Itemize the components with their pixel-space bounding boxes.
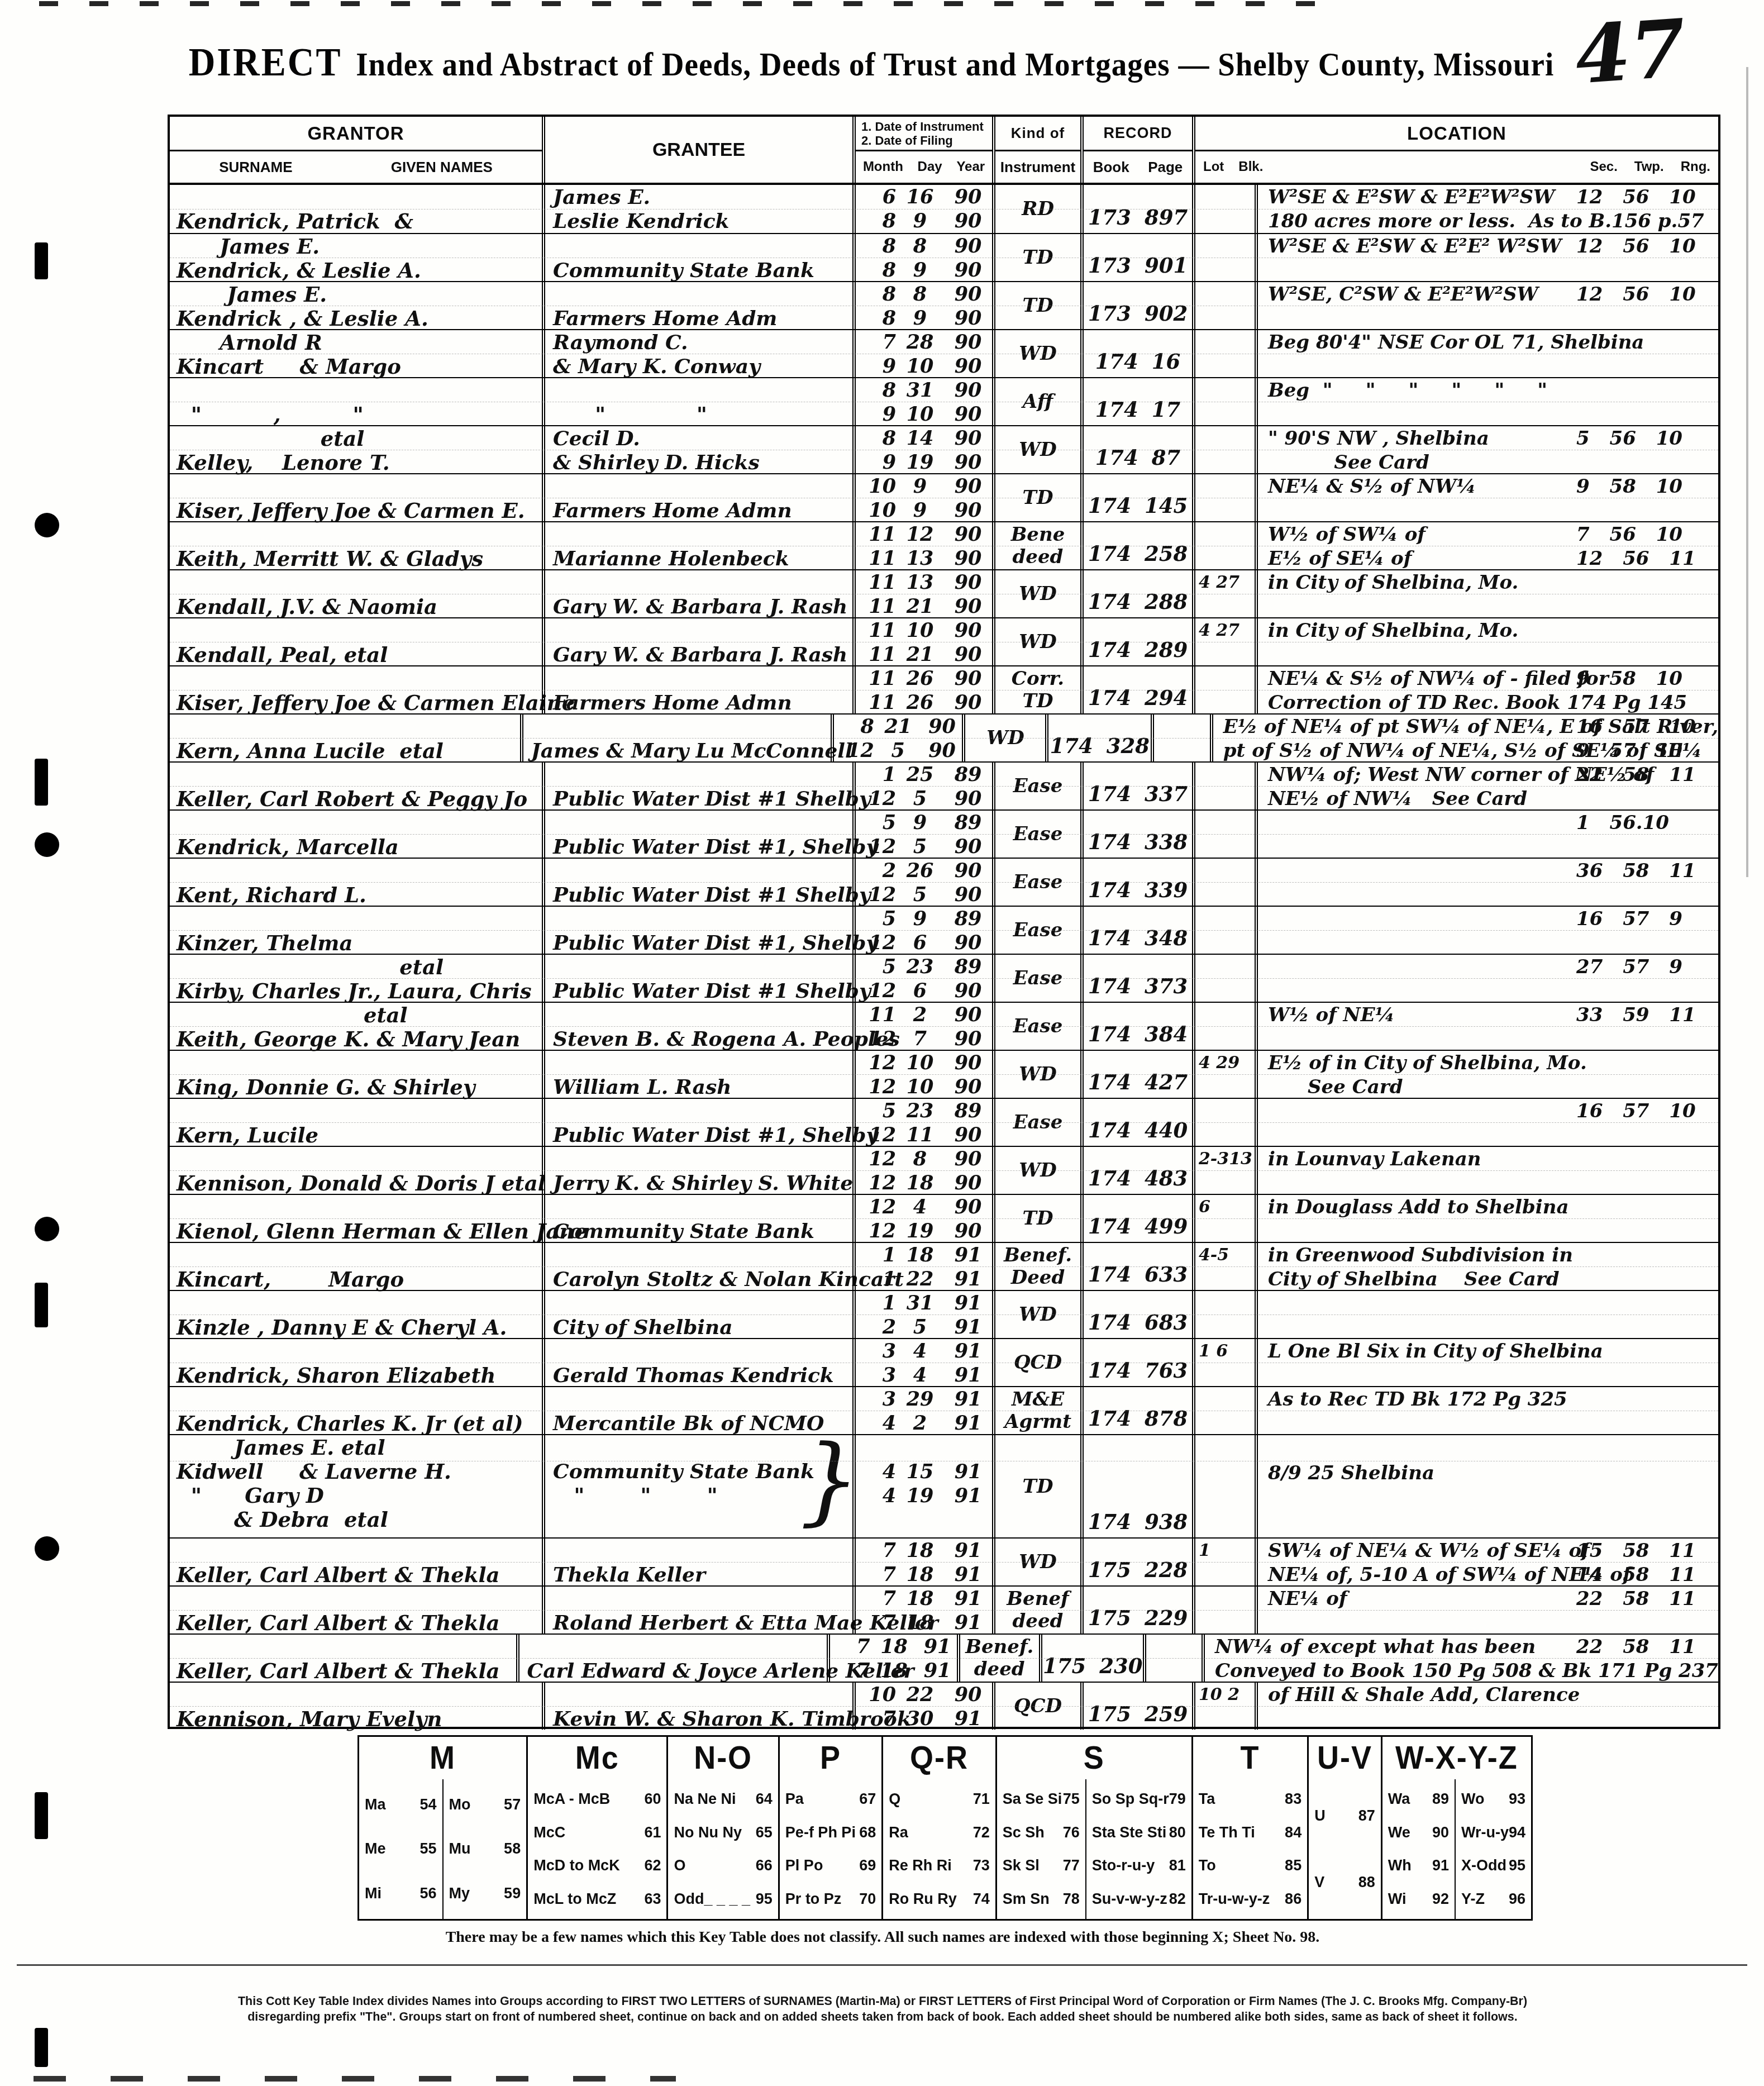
date-month: 12 (856, 1171, 896, 1194)
grantee-handwriting (545, 522, 852, 546)
grantor-handwriting: Keller, Carl Albert & Thekla (170, 1659, 516, 1683)
title-direct: DIRECT (189, 40, 342, 84)
date-month: 5 (856, 1099, 896, 1122)
key-entry-number: 95 (1509, 1857, 1525, 1874)
date-day: 6 (896, 931, 944, 954)
key-entry-number: 70 (859, 1890, 876, 1908)
date-line: 10990 (856, 474, 992, 498)
header-grantee: GRANTEE (542, 117, 852, 183)
key-entry-label: Ma (365, 1796, 386, 1813)
location-line: in Lounvay Lakenan (1258, 1147, 1718, 1171)
dates-cell: 616908990 (852, 185, 992, 233)
scanned-ledger-page: { "header": { "direct": "DIRECT", "rest"… (0, 0, 1764, 2086)
grantee-handwriting (519, 1635, 827, 1659)
record-cell: 173901 (1080, 234, 1192, 281)
key-entry-label: McC (533, 1824, 565, 1841)
key-entry-number: 81 (1169, 1857, 1186, 1874)
date-day: 5 (896, 787, 944, 810)
book-number: 174 (1088, 637, 1131, 662)
grantor-handwriting: Keller, Carl Robert & Peggy Jo (170, 787, 542, 811)
table-row: Keith, Merritt W. & GladysMarianne Holen… (170, 521, 1718, 569)
date-day: 19 (896, 1220, 944, 1242)
grantor-handwriting (170, 1243, 542, 1267)
date-year: 90 (944, 787, 992, 810)
book-number: 174 (1088, 1118, 1131, 1142)
key-entry-number: 68 (859, 1824, 876, 1841)
page-number-value: 683 (1145, 1310, 1188, 1335)
date-line: 12590 (856, 787, 992, 811)
grantor-handwriting: King, Donnie G. & Shirley (170, 1075, 542, 1099)
key-entry-label: Tr-u-w-y-z (1199, 1890, 1270, 1908)
date-year: 90 (944, 979, 992, 1002)
date-line: 12590 (856, 883, 992, 907)
grantor-handwriting: Arnold R (170, 330, 542, 354)
key-entry: Q71 (889, 1790, 989, 1808)
book-number: 174 (1088, 1406, 1131, 1431)
date-month: 11 (856, 691, 896, 714)
key-entry-number: 94 (1509, 1824, 1525, 1841)
location-line: Beg 80'4" NSE Cor OL 71, Shelbina (1258, 330, 1718, 354)
key-entry: Pl Po69 (785, 1857, 876, 1874)
date-month: 8 (834, 715, 874, 738)
lot-cell: 2-313 (1192, 1147, 1255, 1194)
key-column-header: T (1193, 1736, 1307, 1780)
key-entry-number: 54 (420, 1796, 437, 1813)
date-year: 91 (944, 1340, 992, 1363)
grantor-handwriting (170, 185, 542, 209)
key-column-n-o: N-ONa Ne Ni64No Nu Ny65O66Odd_ _ _ _95 (666, 1737, 778, 1919)
key-column-m: MMa54Me55Mi56Mo57Mu58My59 (359, 1737, 526, 1919)
grantee-handwriting: City of Shelbina (545, 1315, 852, 1339)
table-row: etalKelley, Lenore T.Cecil D.& Shirley D… (170, 425, 1718, 473)
date-year: 90 (944, 427, 992, 450)
dates-cell: 111390112190 (852, 570, 992, 617)
dates-cell: 8219012590 (831, 715, 962, 761)
lot-cell (1192, 474, 1255, 521)
key-entry-label: Q (889, 1790, 900, 1808)
record-cell: 174763 (1080, 1339, 1192, 1386)
grantor-handwriting (170, 1051, 542, 1075)
key-column-body: Wa89We90Wh91Wi92Wo93Wr-u-y94X-Odd95Y-Z96 (1382, 1779, 1531, 1919)
grantor-handwriting (170, 715, 520, 739)
date-line: 121890 (856, 1171, 992, 1195)
sec-twp-rng-value: 9 58 10 (1576, 666, 1716, 692)
grantor-cell: King, Donnie G. & Shirley (170, 1051, 542, 1098)
table-row: Kern, LucilePublic Water Dist #1, Shelby… (170, 1098, 1718, 1146)
grantee-cell: Roland Herbert & Etta Mae Keller (542, 1587, 852, 1633)
date-day: 19 (896, 451, 944, 474)
grantor-cell: Kern, Lucile (170, 1099, 542, 1146)
grantee-handwriting: Public Water Dist #1, Shelby (545, 931, 852, 955)
date-month: 7 (856, 1587, 896, 1610)
grantor-handwriting: Keith, George K. & Mary Jean (170, 1027, 542, 1051)
grantor-cell: Kendrick, Sharon Elizabeth (170, 1339, 542, 1386)
book-number: 174 (1088, 782, 1131, 806)
grantor-cell: Keller, Carl Robert & Peggy Jo (170, 763, 542, 809)
location-line: " 90'S NW , Shelbina5 56 10 (1258, 426, 1718, 450)
kind-cell: QCD (992, 1339, 1080, 1386)
grantee-handwriting: Steven B. & Rogena A. Peoples (545, 1027, 852, 1051)
key-column-q-r: Q-RQ71Ra72Re Rh Ri73Ro Ru Ry74 (881, 1737, 995, 1919)
grantee-handwriting (545, 1587, 852, 1611)
location-cell: NE¼ & S½ of NW¼9 58 10 (1255, 474, 1718, 521)
key-column-header: S (997, 1736, 1191, 1780)
date-day: 21 (896, 595, 944, 618)
key-entry-label: Sa Se Si (1003, 1790, 1062, 1808)
date-month: 9 (856, 451, 896, 474)
date-month: 7 (856, 1539, 896, 1562)
grantor-handwriting: Kennison, Donald & Doris J etal (170, 1171, 542, 1195)
location-text: See Card (1268, 451, 1429, 474)
page-number: 47 (1572, 2, 1689, 102)
date-month: 11 (856, 643, 896, 666)
sec-twp-rng-value: 33 59 11 (1576, 1003, 1716, 1028)
grantee-handwriting: & Shirley D. Hicks (545, 450, 852, 474)
date-day: 13 (896, 571, 944, 594)
date-day: 18 (896, 1171, 944, 1194)
lot-cell (1192, 378, 1255, 425)
location-line: See Card (1258, 1075, 1718, 1099)
location-line: 8/9 25 Shelbina (1258, 1461, 1718, 1485)
record-cell: 17487 (1080, 426, 1192, 473)
key-entry: We90 (1388, 1824, 1449, 1841)
key-entry: McD to McK62 (533, 1857, 661, 1874)
date-day: 31 (896, 1292, 944, 1315)
grantee-handwriting: Farmers Home Admn (545, 690, 852, 715)
page-number-value: 339 (1145, 878, 1188, 902)
date-line: 91090 (856, 354, 992, 378)
key-entry-label: My (449, 1885, 470, 1902)
grantee-cell: Carolyn Stoltz & Nolan Kincart (542, 1243, 852, 1290)
grantor-handwriting: Kiser, Jeffery Joe & Carmen E. (170, 498, 542, 522)
record-cell: 174878 (1080, 1387, 1192, 1434)
lot-cell (1151, 715, 1210, 761)
page-number-value: 87 (1152, 445, 1181, 470)
key-entry: Sa Se Si75 (1003, 1790, 1080, 1808)
grantor-handwriting (170, 522, 542, 546)
kind-handwriting: Aff (1023, 390, 1053, 413)
date-line: 3491 (856, 1339, 992, 1363)
page-number-value: 328 (1107, 734, 1150, 758)
sec-twp-rng-value: 9 58 10 (1576, 474, 1716, 499)
grantor-cell: etalKirby, Charles Jr., Laura, Chris (170, 955, 542, 1002)
page-number-value: 230 (1099, 1654, 1142, 1678)
date-month: 1 (856, 763, 896, 786)
date-year: 91 (918, 1659, 957, 1682)
grantor-handwriting: Kendrick , & Leslie A. (170, 306, 542, 330)
page-number-value: 384 (1145, 1022, 1188, 1046)
kind-cell: Benef. deed (957, 1635, 1039, 1682)
date-line: 71891 (856, 1587, 992, 1611)
location-line: in City of Shelbina, Mo. (1258, 570, 1718, 594)
date-day: 18 (896, 1539, 944, 1562)
date-line: 112690 (856, 690, 992, 715)
key-entry-label: Wa (1388, 1790, 1410, 1808)
date-day: 15 (896, 1460, 944, 1483)
location-line: in Greenwood Subdivision in (1258, 1243, 1718, 1267)
grantor-handwriting (170, 1291, 542, 1315)
key-entry: Wa89 (1388, 1790, 1449, 1808)
key-entry: Mi56 (365, 1885, 437, 1902)
binder-mark (35, 1283, 48, 1327)
grantor-handwriting (170, 1635, 516, 1659)
key-entry-label: Te Th Ti (1199, 1824, 1255, 1841)
record-label: RECORD (1084, 117, 1192, 151)
key-entry: McL to McZ63 (533, 1890, 661, 1908)
grantor-handwriting: Kienol, Glenn Herman & Ellen Jane (170, 1219, 542, 1243)
grantor-handwriting (170, 811, 542, 835)
kind-handwriting: WD (1019, 1551, 1057, 1573)
grantor-handwriting: Kern, Lucile (170, 1123, 542, 1147)
grantee-cell: Public Water Dist #1 Shelby (542, 955, 852, 1002)
key-entry-label: McD to McK (533, 1857, 620, 1874)
key-entry-label: We (1388, 1824, 1410, 1841)
record-cell: 174288 (1080, 570, 1192, 617)
key-entry-number: 96 (1509, 1890, 1525, 1908)
grantee-handwriting (545, 859, 852, 883)
key-entry: U87 (1314, 1807, 1375, 1825)
key-entry: Sta Ste Sti80 (1092, 1824, 1186, 1841)
grantor-cell: Kennison, Donald & Doris J etal (170, 1147, 542, 1194)
lot-handwriting: 1 (1195, 1539, 1255, 1563)
book-number: 175 (1088, 1702, 1131, 1726)
kind-cell: TD (992, 282, 1080, 329)
date-line: 8890 (856, 234, 992, 258)
grantor-handwriting: Kennison, Mary Evelyn (170, 1707, 542, 1731)
date-year: 90 (922, 739, 962, 762)
key-entry-number: 62 (644, 1857, 661, 1874)
record-cell: 174427 (1080, 1051, 1192, 1098)
book-label: Book (1093, 159, 1129, 176)
date-day: 23 (896, 955, 944, 978)
table-row: Keller, Carl Robert & Peggy JoPublic Wat… (170, 761, 1718, 809)
book-number: 174 (1088, 1070, 1131, 1094)
grantor-handwriting: etal (170, 955, 542, 979)
date-year: 91 (944, 1563, 992, 1586)
record-cell: 174145 (1080, 474, 1192, 521)
date-filing-label: 2. Date of Filing (861, 134, 953, 147)
date-day: 5 (896, 835, 944, 858)
table-row: James E.Kendrick, & Leslie A.Community S… (170, 233, 1718, 281)
date-month: 10 (856, 1683, 896, 1706)
lot-cell (1192, 522, 1255, 569)
date-year: 91 (944, 1412, 992, 1435)
key-entry: Wh91 (1388, 1857, 1449, 1874)
date-day: 18 (870, 1635, 918, 1658)
key-entry-label: Sk Sl (1003, 1857, 1040, 1874)
kind-cell: Ease (992, 1003, 1080, 1050)
date-year: 91 (944, 1364, 992, 1387)
kind-label-1: Kind of (995, 117, 1080, 151)
grantor-handwriting: James E. etal (170, 1435, 542, 1459)
grantee-cell: Jerry K. & Shirley S. White (542, 1147, 852, 1194)
date-year: 90 (944, 475, 992, 498)
grantee-handwriting (545, 1339, 852, 1363)
date-month: 7 (830, 1659, 870, 1682)
date-day: 18 (896, 1587, 944, 1610)
location-line: of Hill & Shale Add, Clarence (1258, 1683, 1718, 1707)
grantor-handwriting (170, 907, 542, 931)
lot-cell (1192, 763, 1255, 809)
date-month: 10 (856, 475, 896, 498)
dates-cell: 7189171891 (852, 1587, 992, 1633)
grantor-handwriting (170, 1147, 542, 1171)
location-line: As to Rec TD Bk 172 Pg 325 (1258, 1387, 1718, 1411)
grantee-handwriting: Public Water Dist #1, Shelby (545, 1123, 852, 1147)
page-number-value: 337 (1145, 782, 1188, 806)
location-line: 1 56.10 (1258, 811, 1718, 835)
key-entry-number: 73 (973, 1857, 990, 1874)
page-number-value: 633 (1145, 1262, 1188, 1287)
key-entry-label: Me (365, 1840, 386, 1858)
kind-handwriting: WD (1019, 439, 1057, 461)
grantee-handwriting: Public Water Dist #1 Shelby (545, 979, 852, 1003)
record-cell: 174289 (1080, 618, 1192, 665)
date-line: 112190 (856, 642, 992, 666)
date-year: 90 (944, 1051, 992, 1074)
date-day: 9 (896, 307, 944, 330)
date-month: 8 (856, 283, 896, 306)
lot-cell: 1 (1192, 1539, 1255, 1585)
key-entry-label: To (1199, 1857, 1216, 1874)
grantor-handwriting: Keith, Merritt W. & Gladys (170, 546, 542, 570)
date-year: 89 (944, 907, 992, 930)
lot-handwriting: 1 6 (1195, 1339, 1255, 1364)
key-entry-label: McL to McZ (533, 1890, 616, 1908)
date-year: 89 (944, 811, 992, 834)
table-row: Kendrick, Patrick &James E.Leslie Kendri… (170, 185, 1718, 233)
date-year: 90 (922, 715, 962, 738)
grantee-handwriting: Gary W. & Barbara J. Rash (545, 642, 852, 666)
record-cell: 17417 (1080, 378, 1192, 425)
location-line: W²SE, C²SW & E²E²W²SW12 56 10 (1258, 282, 1718, 306)
header-location: LOCATION Lot Blk. Sec. Twp. Rng. (1192, 117, 1718, 183)
date-line: 11290 (856, 1003, 992, 1027)
record-cell: 175229 (1080, 1587, 1192, 1633)
key-entry: Te Th Ti84 (1199, 1824, 1301, 1841)
date-line: 22690 (856, 859, 992, 883)
key-subcolumn: McA - McB60McC61McD to McK62McL to McZ63 (528, 1779, 666, 1919)
record-cell: 174338 (1080, 811, 1192, 858)
key-entry-number: 79 (1169, 1790, 1186, 1808)
grantee-cell: Community State Bank (542, 1195, 852, 1242)
binder-mark (35, 832, 59, 857)
key-entry-number: 66 (756, 1857, 773, 1874)
date-year: 90 (944, 1683, 992, 1706)
key-entry-label: Sc Sh (1003, 1824, 1045, 1841)
date-line: 52389 (856, 1099, 992, 1123)
date-day: 9 (896, 907, 944, 930)
date-day: 16 (896, 185, 944, 208)
lot-cell (1192, 1003, 1255, 1050)
page-number-value: 229 (1145, 1606, 1188, 1630)
key-entry-label: No Nu Ny (674, 1824, 742, 1841)
key-subcolumn: Q71Ra72Re Rh Ri73Ro Ru Ry74 (883, 1779, 995, 1919)
header-dates: 1. Date of Instrument 2. Date of Filing … (852, 117, 992, 183)
book-number: 174 (1088, 926, 1131, 950)
grantor-cell: Kendrick, Marcella (170, 811, 542, 858)
grantor-cell: Kendall, Peal, etal (170, 618, 542, 665)
date-year: 91 (918, 1635, 957, 1658)
sec-twp-rng-value: 14 58 11 (1576, 1563, 1716, 1588)
location-line: L One Bl Six in City of Shelbina (1258, 1339, 1718, 1363)
kind-handwriting: Benef deed (1007, 1588, 1069, 1632)
key-column-body: Ta83Te Th Ti84To85Tr-u-w-y-z86 (1193, 1779, 1307, 1919)
location-text: W½ of SW¼ of (1268, 523, 1425, 546)
dates-cell: 1099010990 (852, 474, 992, 521)
key-entry-number: 77 (1063, 1857, 1080, 1874)
binder-mark (35, 1536, 59, 1561)
key-column-header: U-V (1309, 1736, 1381, 1780)
grantor-handwriting (170, 618, 542, 642)
kind-cell: WD (992, 1539, 1080, 1585)
date-day: 10 (896, 355, 944, 378)
book-number: 174 (1088, 541, 1131, 566)
date-day: 26 (896, 667, 944, 690)
book-number: 174 (1088, 1310, 1131, 1335)
key-entry-label: U (1314, 1807, 1326, 1825)
date-day: 14 (896, 427, 944, 450)
page-number-value: 294 (1145, 685, 1188, 710)
grantor-cell: Kennison, Mary Evelyn (170, 1683, 542, 1730)
location-line: NE½ of NW¼ See Card (1258, 787, 1718, 811)
date-line: 12590 (834, 739, 962, 763)
record-cell: 174258 (1080, 522, 1192, 569)
key-column-header: Q-R (883, 1736, 995, 1780)
key-column-body: Na Ne Ni64No Nu Ny65O66Odd_ _ _ _95 (668, 1779, 778, 1919)
date-line: 121090 (856, 1075, 992, 1099)
grantor-handwriting (170, 859, 542, 883)
kind-handwriting: QCD (1014, 1351, 1062, 1374)
table-row: Kendall, J.V. & NaomiaGary W. & Barbara … (170, 569, 1718, 617)
key-entry-label: Pr to Pz (785, 1890, 842, 1908)
lot-handwriting: 10 2 (1195, 1683, 1255, 1707)
grantee-cell: Gary W. & Barbara J. Rash (542, 618, 852, 665)
grantor-handwriting: Kern, Anna Lucile etal (170, 739, 520, 763)
kind-handwriting: WD (1019, 1303, 1057, 1326)
binder-mark (35, 759, 48, 806)
page-number-value: 878 (1145, 1406, 1188, 1431)
kind-cell: Benef. Deed (992, 1243, 1080, 1290)
page-number-value: 17 (1152, 397, 1181, 422)
record-cell: 175228 (1080, 1539, 1192, 1585)
date-month: 1 (856, 1292, 896, 1315)
kind-cell: Benef deed (992, 1587, 1080, 1633)
sec-twp-rng-value: 22 58 11 (1576, 763, 1716, 788)
key-subcolumn: Ma54Me55Mi56 (359, 1779, 442, 1919)
kind-cell: Ease (992, 907, 1080, 954)
grantor-handwriting: Kidwell & Laverne H. (170, 1459, 542, 1483)
key-table-note: There may be a few names which this Key … (156, 1928, 1609, 1946)
grantee-handwriting: Carl Edward & Joyce Arlene Keller (519, 1659, 827, 1683)
kind-cell: WD (992, 426, 1080, 473)
lot-cell: 1 6 (1192, 1339, 1255, 1386)
record-cell: 175259 (1080, 1683, 1192, 1730)
kind-handwriting: TD (1023, 294, 1053, 317)
page-label: Page (1148, 159, 1183, 176)
grantee-cell: William L. Rash (542, 1051, 852, 1098)
date-line: 5989 (856, 811, 992, 835)
key-entry: Sc Sh76 (1003, 1824, 1080, 1841)
dates-cell: 111290111390 (852, 522, 992, 569)
grantee-handwriting: Cecil D. (545, 426, 852, 450)
date-line: 52389 (856, 955, 992, 979)
date-line: 121090 (856, 1051, 992, 1075)
date-year: 89 (944, 955, 992, 978)
key-entry: Re Rh Ri73 (889, 1857, 989, 1874)
grantee-handwriting: Jerry K. & Shirley S. White (545, 1171, 852, 1195)
date-month: 12 (856, 1051, 896, 1074)
